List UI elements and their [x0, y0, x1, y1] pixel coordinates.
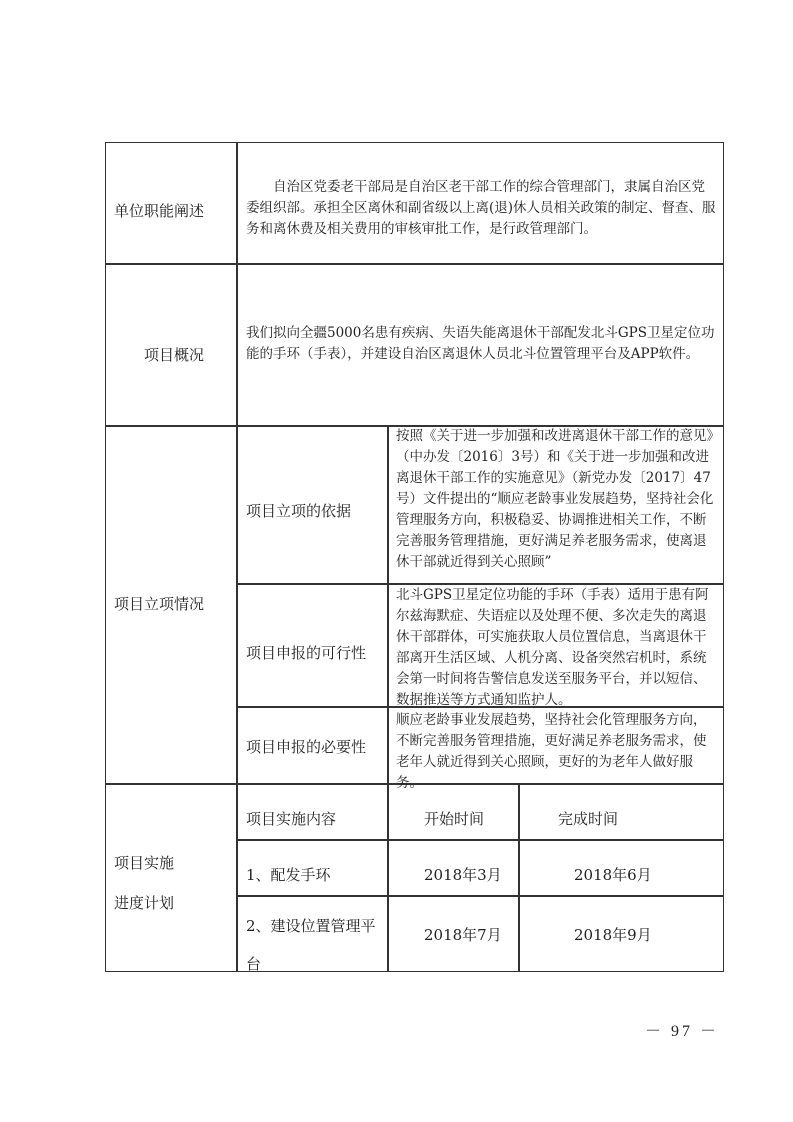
unit-function-label: 单位职能阐述: [114, 201, 204, 222]
page-number: － 97 －: [645, 1018, 719, 1041]
divider: [106, 263, 723, 265]
unit-function-text: 自治区党委老干部局是自治区老干部工作的综合管理部门，隶属自治区党委组织部。承担全…: [246, 177, 716, 240]
feasibility-label: 项目申报的可行性: [246, 643, 366, 664]
necessity-text: 顺应老龄事业发展趋势，坚持社会化管理服务方向，不断完善服务管理措施，更好满足养老…: [396, 710, 718, 794]
overview-label: 项目概况: [144, 345, 204, 366]
overview-text: 我们拟向全疆5000名患有疾病、失语失能离退休干部配发北斗GPS卫星定位功能的手…: [246, 323, 716, 365]
divider: [236, 839, 723, 841]
schedule-header-start: 开始时间: [424, 809, 484, 830]
schedule-row-end: 2018年9月: [574, 925, 652, 946]
schedule-row-content: 2、建设位置管理平台: [246, 907, 386, 983]
schedule-row-start: 2018年3月: [424, 865, 502, 886]
divider: [387, 425, 389, 971]
schedule-row-start: 2018年7月: [424, 925, 502, 946]
schedule-header-end: 完成时间: [558, 809, 618, 830]
project-table: 单位职能阐述 自治区党委老干部局是自治区老干部工作的综合管理部门，隶属自治区党委…: [105, 142, 724, 972]
divider: [518, 783, 520, 971]
feasibility-text: 北斗GPS卫星定位功能的手环（手表）适用于患有阿尔兹海默症、失语症以及处理不便、…: [396, 585, 718, 711]
schedule-row-end: 2018年6月: [574, 865, 652, 886]
schedule-label-line1: 项目实施: [114, 853, 174, 874]
divider: [236, 895, 723, 897]
schedule-row-content: 1、配发手环: [246, 865, 331, 886]
divider: [236, 143, 238, 971]
approval-label: 项目立项情况: [114, 594, 204, 615]
basis-text: 按照《关于进一步加强和改进离退休干部工作的意见》（中办发〔2016〕3号）和《关…: [396, 426, 718, 573]
basis-label: 项目立项的依据: [246, 501, 351, 522]
schedule-label-line2: 进度计划: [114, 893, 174, 914]
necessity-label: 项目申报的必要性: [246, 737, 366, 758]
schedule-header-content: 项目实施内容: [246, 809, 336, 830]
